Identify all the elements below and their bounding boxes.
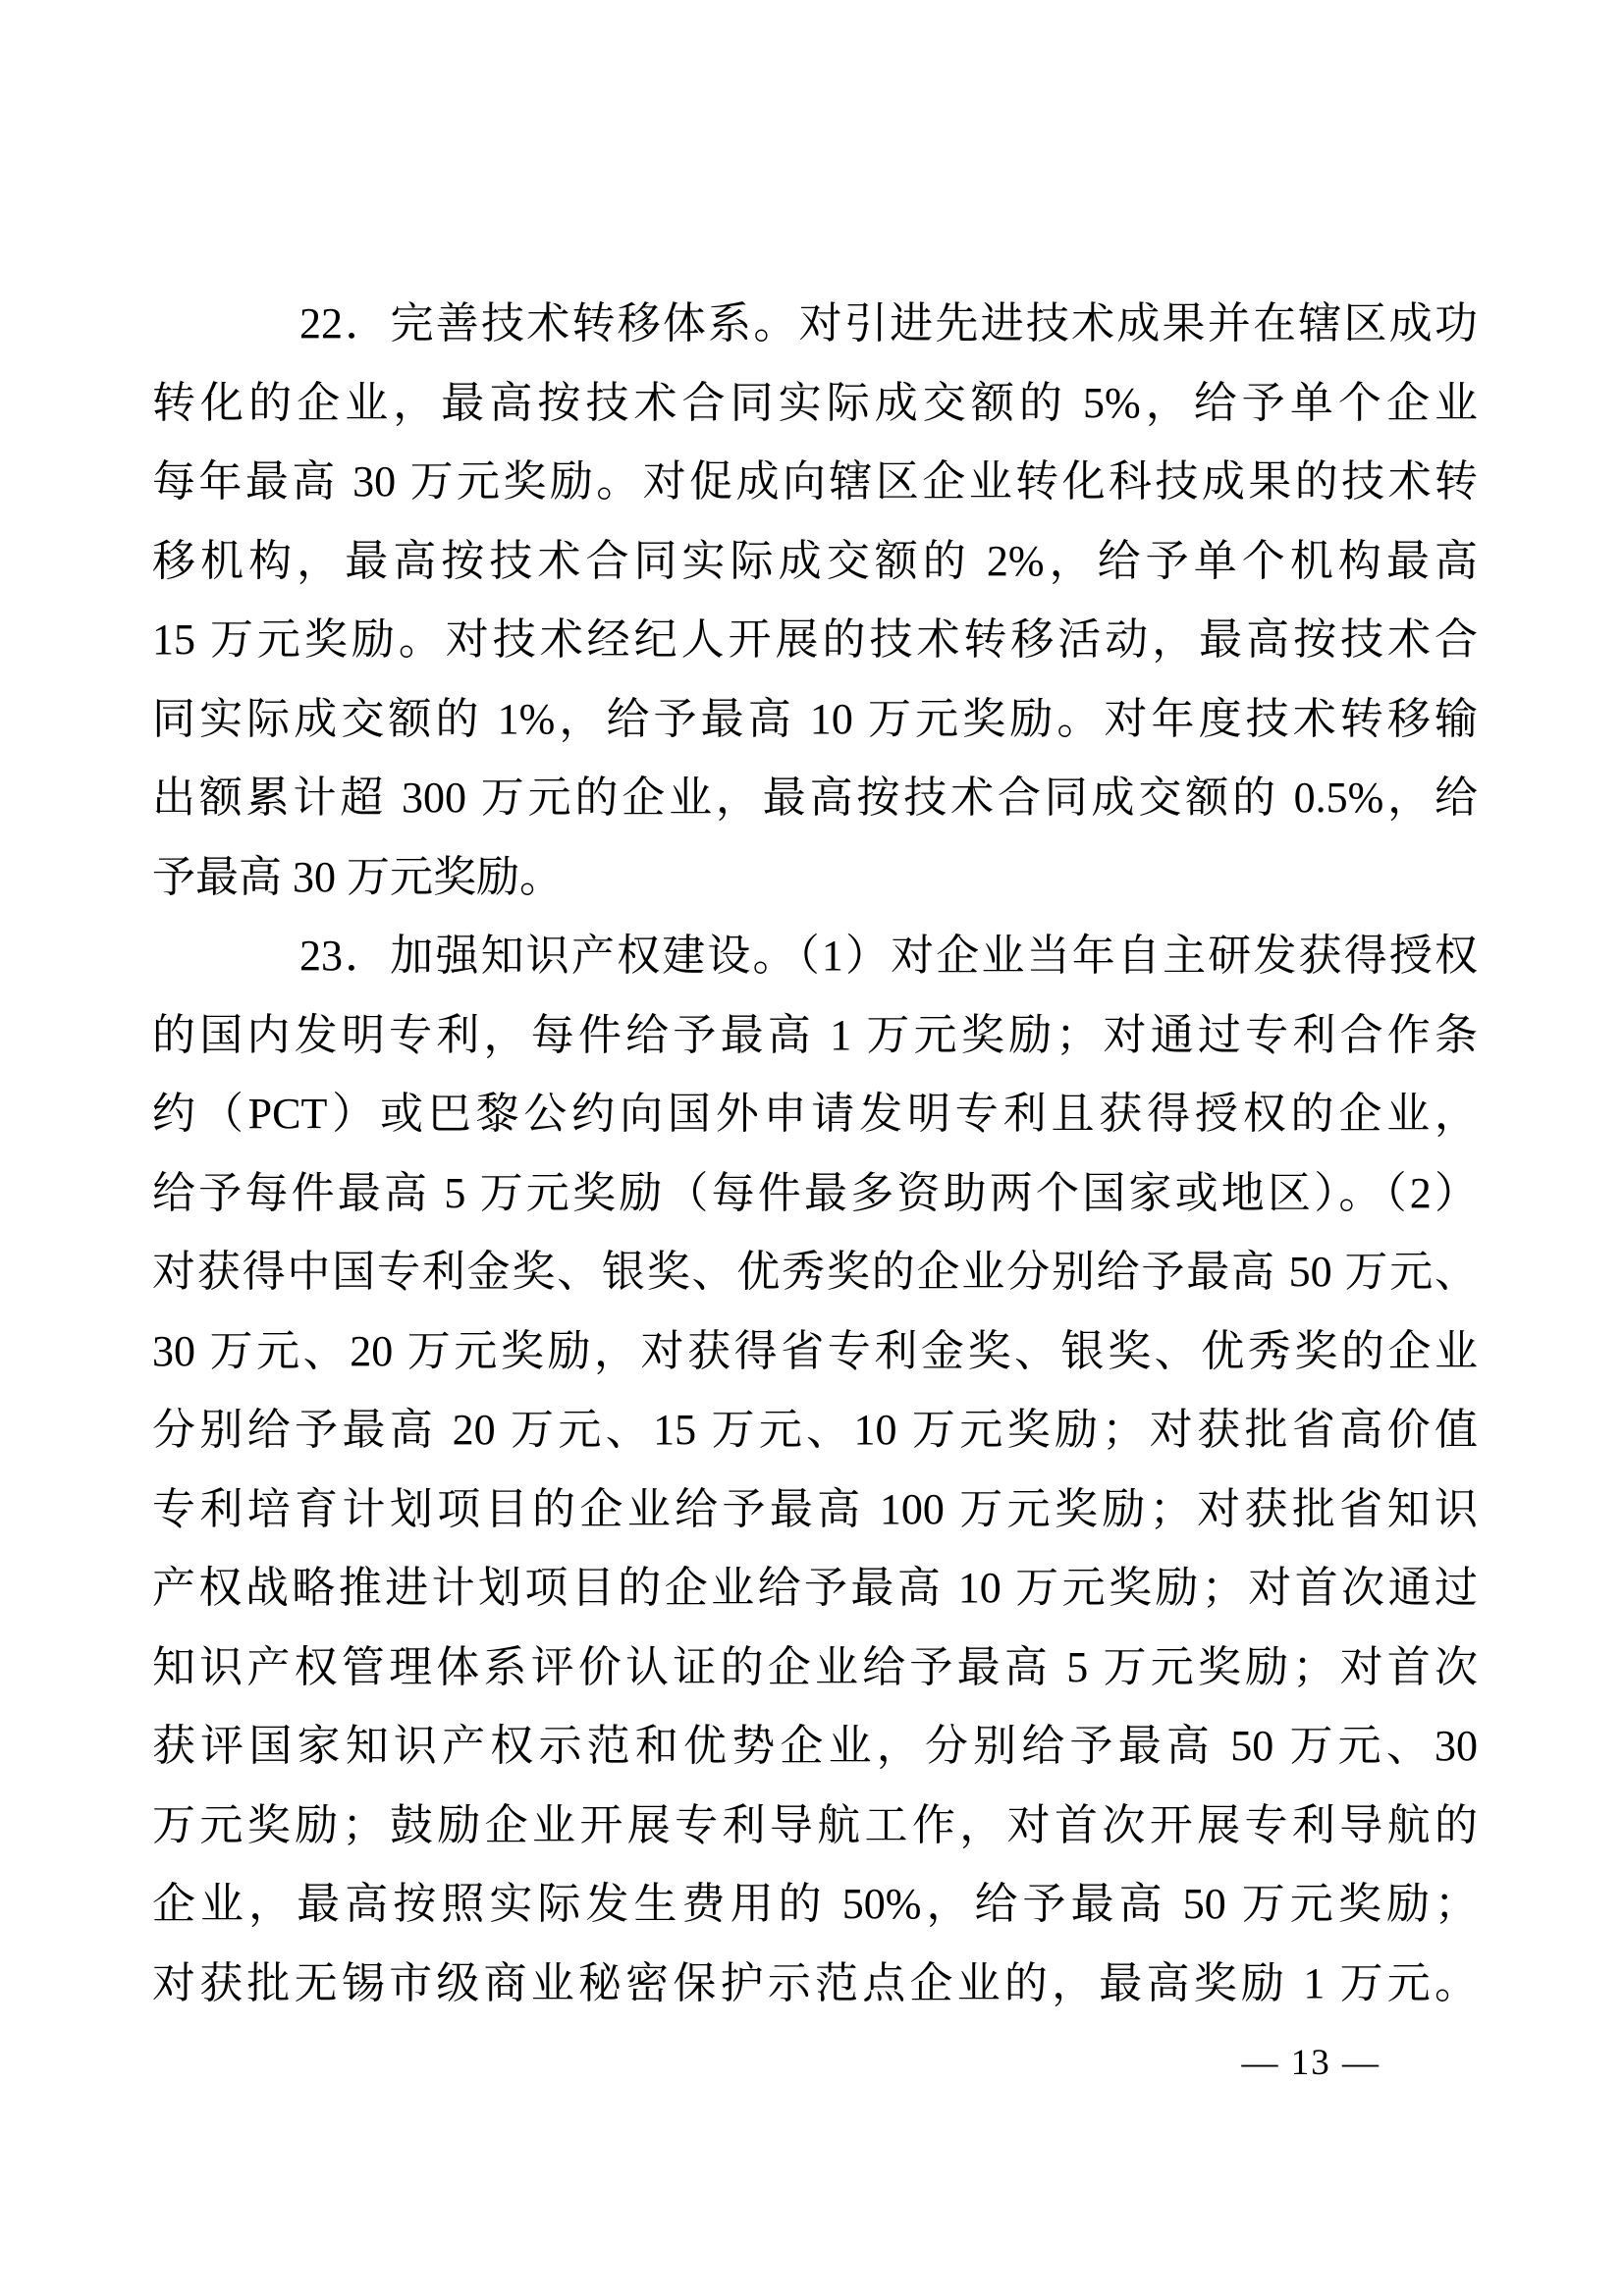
text-line: 知识产权管理体系评价认证的企业给予最高 5 万元奖励；对首次 [152,1629,1478,1708]
text-line: 30 万元、20 万元奖励，对获得省专利金奖、银奖、优秀奖的企业 [152,1312,1478,1392]
text-line: 15 万元奖励。对技术经纪人开展的技术转移活动，最高按技术合 [152,601,1478,680]
text-line: 产权战略推进计划项目的企业给予最高 10 万元奖励；对首次通过 [152,1549,1478,1629]
text-line: 对获批无锡市级商业秘密保护示范点企业的，最高奖励 1 万元。 [152,1945,1478,2024]
body-text: 22．完善技术转移体系。对引进先进技术成果并在辖区成功转化的企业，最高按技术合同… [152,285,1478,2023]
text-line: 对获得中国专利金奖、银奖、优秀奖的企业分别给予最高 50 万元、 [152,1233,1478,1312]
text-line: 万元奖励；鼓励企业开展专利导航工作，对首次开展专利导航的 [152,1787,1478,1866]
text-line: 23．加强知识产权建设。（1）对企业当年自主研发获得授权 [152,917,1478,996]
text-line: 同实际成交额的 1%，给予最高 10 万元奖励。对年度技术转移输 [152,680,1478,760]
text-line: 出额累计超 300 万元的企业，最高按技术合同成交额的 0.5%，给 [152,759,1478,838]
text-line: 转化的企业，最高按技术合同实际成交额的 5%，给予单个企业 [152,364,1478,444]
text-line: 的国内发明专利，每件给予最高 1 万元奖励；对通过专利合作条 [152,996,1478,1076]
document-page: 22．完善技术转移体系。对引进先进技术成果并在辖区成功转化的企业，最高按技术合同… [0,0,1624,2296]
text-line: 企业，最高按照实际发生费用的 50%，给予最高 50 万元奖励； [152,1865,1478,1945]
text-line: 给予每件最高 5 万元奖励（每件最多资助两个国家或地区）。（2） [152,1154,1478,1234]
text-line: 每年最高 30 万元奖励。对促成向辖区企业转化科技成果的技术转 [152,443,1478,522]
page-number: — 13 — [0,2040,1380,2087]
text-line: 专利培育计划项目的企业给予最高 100 万元奖励；对获批省知识 [152,1470,1478,1550]
text-line: 约（PCT）或巴黎公约向国外申请发明专利且获得授权的企业， [152,1075,1478,1154]
text-line: 获评国家知识产权示范和优势企业，分别给予最高 50 万元、30 [152,1707,1478,1787]
text-line: 予最高 30 万元奖励。 [152,838,1478,918]
text-line: 分别给予最高 20 万元、15 万元、10 万元奖励；对获批省高价值 [152,1391,1478,1470]
text-line: 22．完善技术转移体系。对引进先进技术成果并在辖区成功 [152,285,1478,364]
text-line: 移机构，最高按技术合同实际成交额的 2%，给予单个机构最高 [152,522,1478,602]
